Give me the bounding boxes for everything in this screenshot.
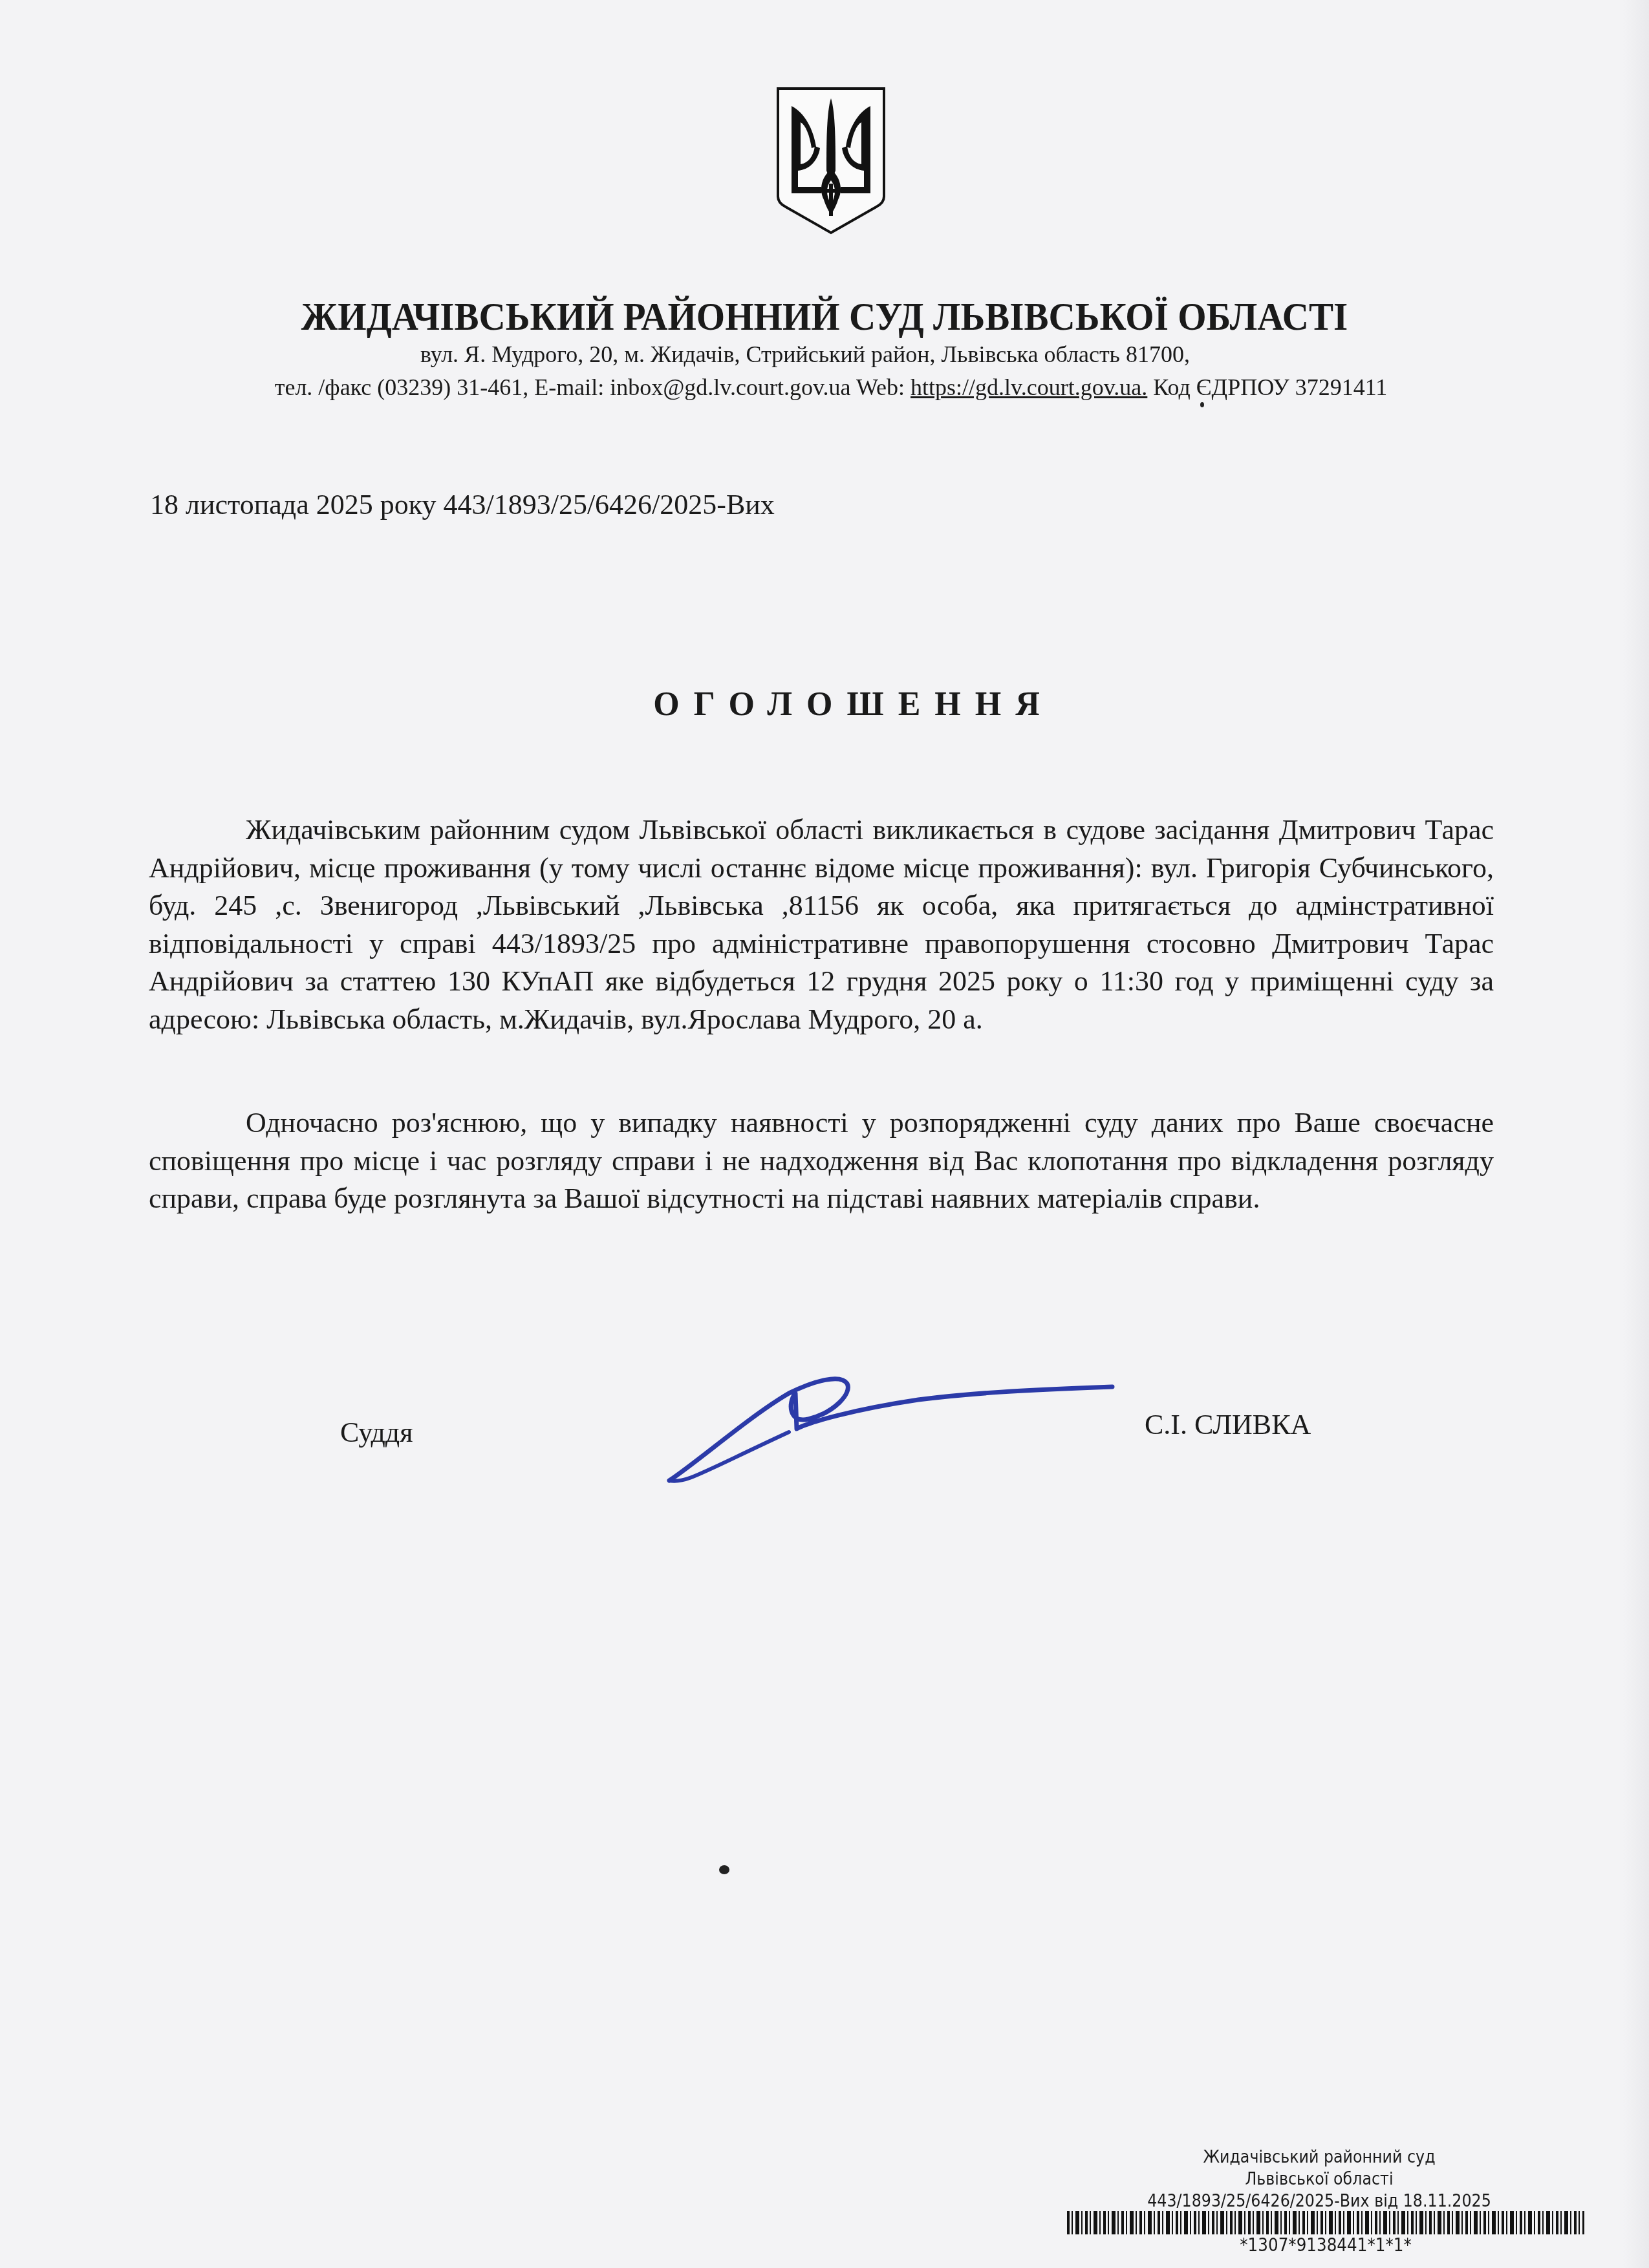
barcode-number: *1307*9138441*1*1* [1092, 2234, 1559, 2256]
document-title: ОГОЛОШЕННЯ [0, 685, 1649, 723]
barcode [1067, 2211, 1584, 2234]
scan-artifact [1200, 402, 1204, 407]
judge-label: Суддя [340, 1416, 413, 1449]
website-link[interactable]: https://gd.lv.court.gov.ua. [911, 374, 1147, 400]
paragraph-text: Жидачівським районним судом Львівської о… [149, 811, 1494, 1038]
stamp-court-line: Жидачівський районний суд [1092, 2146, 1547, 2168]
registration-stamp: Жидачівський районний суд Львівської обл… [1092, 2146, 1547, 2212]
edrpou-code: Код ЄДРПОУ 37291411 [1147, 374, 1387, 400]
court-name: ЖИДАЧІВСЬКИЙ РАЙОННИЙ СУД ЛЬВІВСЬКОЇ ОБЛ… [66, 294, 1583, 340]
scan-artifact [719, 1865, 729, 1874]
announcement-paragraph-1: Жидачівським районним судом Львівської о… [149, 811, 1494, 1038]
handwritten-signature-icon [660, 1364, 1125, 1493]
announcement-paragraph-2: Одночасно роз'яснюю, що у випадку наявно… [149, 1104, 1494, 1218]
stamp-ref-line: 443/1893/25/6426/2025-Вих від 18.11.2025 [1092, 2190, 1547, 2212]
document-date-reference: 18 листопада 2025 року 443/1893/25/6426/… [150, 488, 775, 521]
court-contacts: тел. /факс (03239) 31-461, E-mail: inbox… [6, 374, 1649, 401]
paragraph-text: Одночасно роз'яснюю, що у випадку наявно… [149, 1104, 1494, 1218]
signature-block: Суддя С.І. СЛИВКА [0, 1416, 1649, 1493]
court-address: вул. Я. Мудрого, 20, м. Жидачів, Стрийсь… [0, 341, 1630, 368]
judge-name: С.І. СЛИВКА [1145, 1408, 1311, 1441]
stamp-region-line: Львівської області [1092, 2168, 1547, 2190]
contact-phone-email: тел. /факс (03239) 31-461, E-mail: inbox… [275, 374, 911, 400]
ukraine-coat-of-arms-icon [776, 87, 886, 235]
